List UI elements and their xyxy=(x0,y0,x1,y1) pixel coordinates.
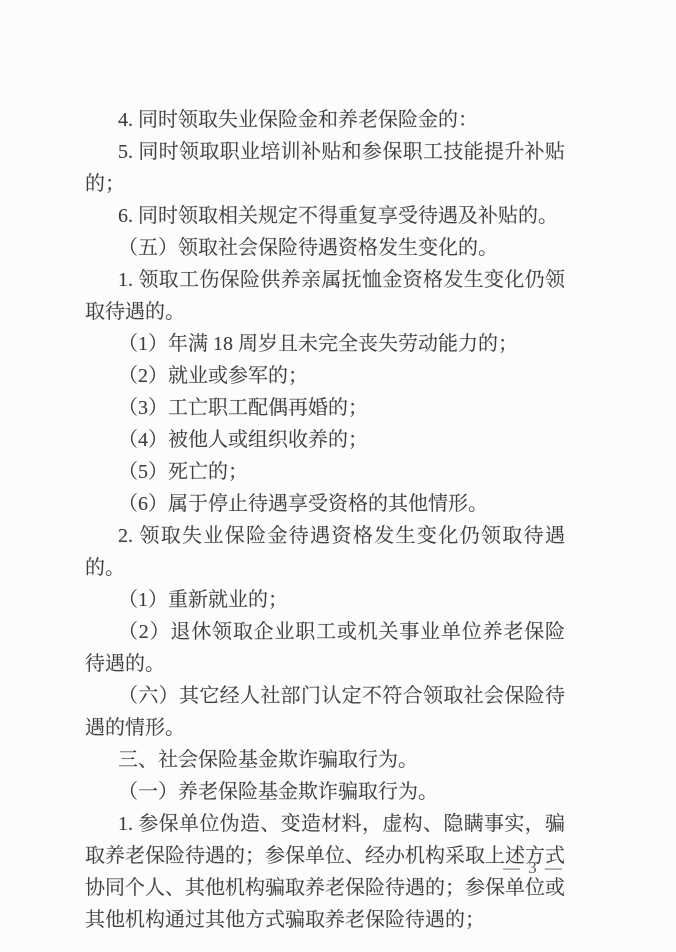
paragraph: （3）工亡职工配偶再婚的； xyxy=(85,392,565,424)
paragraph: （2）就业或参军的； xyxy=(85,360,565,392)
paragraph: 4. 同时领取失业保险金和养老保险金的： xyxy=(85,104,565,136)
paragraph: 1. 领取工伤保险供养亲属抚恤金资格发生变化仍领取待遇的。 xyxy=(85,264,565,328)
page-number: — 3 — xyxy=(503,855,583,881)
paragraph: （6）属于停止待遇享受资格的其他情形。 xyxy=(85,488,565,520)
paragraph: （一）养老保险基金欺诈骗取行为。 xyxy=(85,776,565,808)
paragraph: 1. 参保单位伪造、变造材料，虚构、隐瞒事实，骗取养老保险待遇的；参保单位、经办… xyxy=(85,808,565,936)
paragraph: 2. 领取失业保险金待遇资格发生变化仍领取待遇的。 xyxy=(85,520,565,584)
paragraph: 三、社会保险基金欺诈骗取行为。 xyxy=(85,744,565,776)
paragraph: （5）死亡的； xyxy=(85,456,565,488)
paragraph: 6. 同时领取相关规定不得重复享受待遇及补贴的。 xyxy=(85,200,565,232)
paragraph: （五）领取社会保险待遇资格发生变化的。 xyxy=(85,232,565,264)
paragraph: 5. 同时领取职业培训补贴和参保职工技能提升补贴的； xyxy=(85,136,565,200)
document-content: 4. 同时领取失业保险金和养老保险金的：5. 同时领取职业培训补贴和参保职工技能… xyxy=(85,104,565,936)
paragraph: （4）被他人或组织收养的； xyxy=(85,424,565,456)
document-page: 4. 同时领取失业保险金和养老保险金的：5. 同时领取职业培训补贴和参保职工技能… xyxy=(0,0,676,952)
paragraph: （六）其它经人社部门认定不符合领取社会保险待遇的情形。 xyxy=(85,680,565,744)
paragraph: （1）年满 18 周岁且未完全丧失劳动能力的； xyxy=(85,328,565,360)
paragraph: （1）重新就业的； xyxy=(85,584,565,616)
paragraph: （2）退休领取企业职工或机关事业单位养老保险待遇的。 xyxy=(85,616,565,680)
